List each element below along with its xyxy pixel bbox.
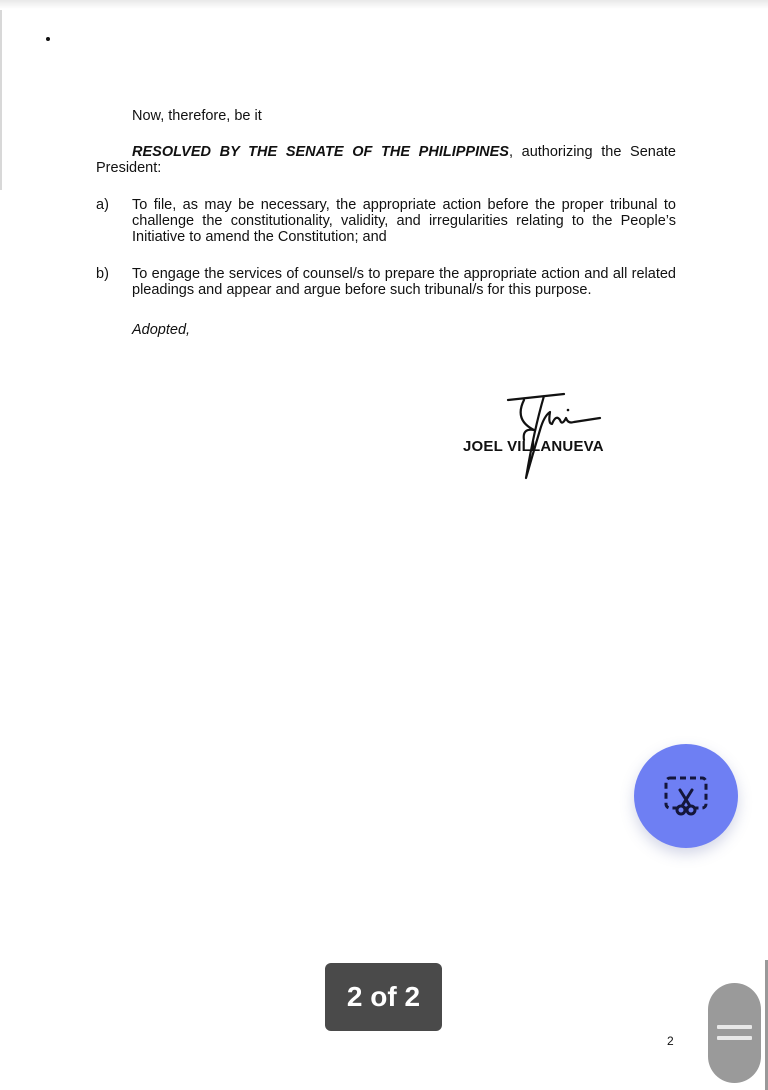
document-page: Now, therefore, be it RESOLVED BY THE SE…	[0, 0, 768, 1090]
screenshot-button[interactable]	[634, 744, 738, 848]
signature-icon	[504, 390, 604, 482]
resolved-clause: RESOLVED BY THE SENATE OF THE PHILIPPINE…	[96, 144, 676, 176]
preamble: Now, therefore, be it	[132, 108, 262, 124]
item-label: b)	[96, 266, 109, 282]
resolved-heading: RESOLVED BY THE SENATE OF THE PHILIPPINE…	[132, 144, 509, 160]
closing: Adopted,	[132, 322, 190, 338]
item-text: To engage the services of counsel/s to p…	[132, 266, 676, 298]
list-item: a) To file, as may be necessary, the app…	[96, 197, 676, 245]
speck	[46, 37, 50, 41]
scroll-handle[interactable]	[708, 983, 761, 1083]
drag-handle-icon	[717, 1025, 752, 1029]
item-text: To file, as may be necessary, the approp…	[132, 197, 676, 245]
item-label: a)	[96, 197, 109, 213]
page-number: 2	[667, 1034, 674, 1048]
screenshot-crop-scissors-icon	[662, 772, 710, 820]
drag-handle-icon	[717, 1036, 752, 1040]
list-item: b) To engage the services of counsel/s t…	[96, 266, 676, 298]
page-counter: 2 of 2	[325, 963, 442, 1031]
